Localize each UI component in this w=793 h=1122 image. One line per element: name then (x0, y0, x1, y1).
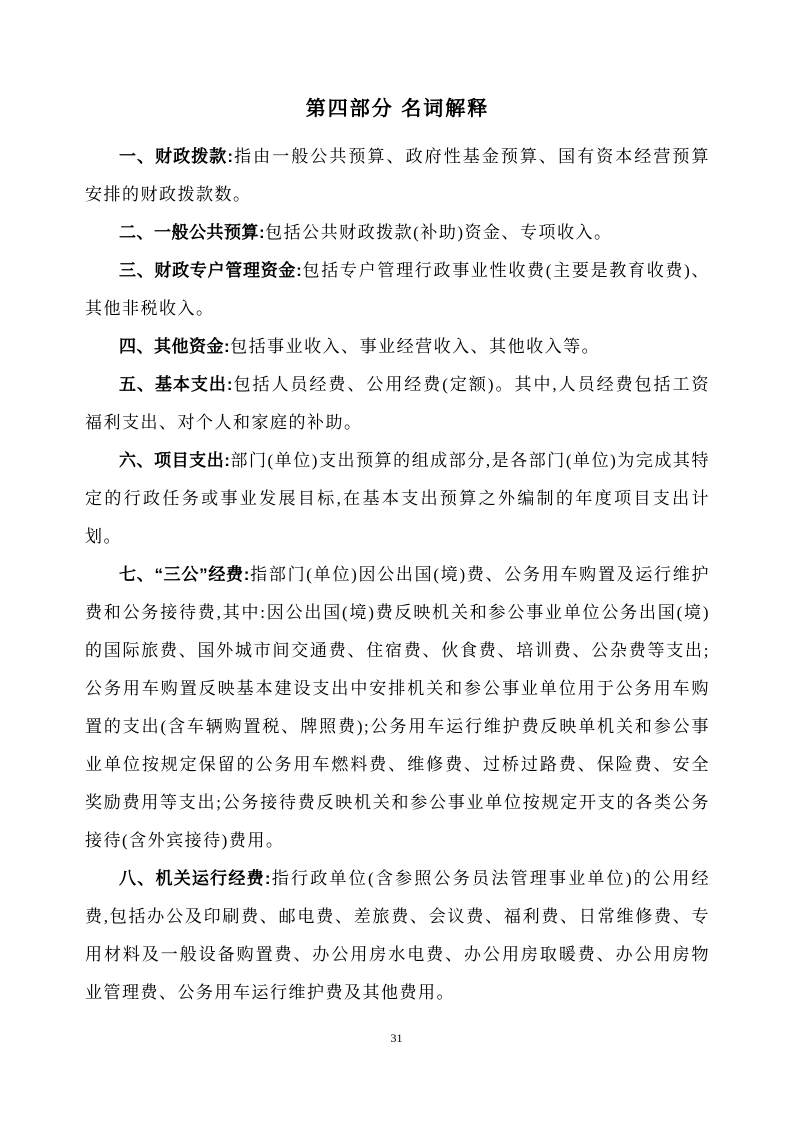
term-definition: 包括事业收入、事业经营收入、其他收入等。 (230, 337, 600, 356)
term-label: 四、其他资金: (119, 337, 230, 356)
document-page: 第四部分 名词解释 一、财政拨款:指由一般公共预算、政府性基金预算、国有资本经营… (0, 0, 793, 1122)
term-label: 六、项目支出: (119, 451, 230, 470)
term-paragraph-sangongjingfei: 七、“三公”经费:指部门(单位)因公出国(境)费、公务用车购置及运行维护费和公务… (85, 556, 710, 860)
term-paragraph-yibangonggongyusuan: 二、一般公共预算:包括公共财政拨款(补助)资金、专项收入。 (85, 214, 710, 252)
term-label: 五、基本支出: (119, 375, 233, 394)
term-label: 二、一般公共预算: (119, 223, 265, 242)
term-paragraph-xiangmuzhichu: 六、项目支出:部门(单位)支出预算的组成部分,是各部门(单位)为完成其特定的行政… (85, 442, 710, 556)
page-title: 第四部分 名词解释 (85, 96, 710, 122)
term-definition: 指部门(单位)因公出国(境)费、公务用车购置及运行维护费和公务接待费,其中:因公… (85, 565, 710, 850)
term-paragraph-caizhengbokuan: 一、财政拨款:指由一般公共预算、政府性基金预算、国有资本经营预算安排的财政拨款数… (85, 138, 710, 214)
term-paragraph-jibenzhichu: 五、基本支出:包括人员经费、公用经费(定额)。其中,人员经费包括工资福利支出、对… (85, 366, 710, 442)
term-paragraph-qitazijin: 四、其他资金:包括事业收入、事业经营收入、其他收入等。 (85, 328, 710, 366)
term-label: 一、财政拨款: (119, 147, 234, 166)
term-label: 三、财政专户管理资金: (119, 261, 302, 280)
term-paragraph-caizhengzhuanhu: 三、财政专户管理资金:包括专户管理行政事业性收费(主要是教育收费)、其他非税收入… (85, 252, 710, 328)
term-definition: 包括公共财政拨款(补助)资金、专项收入。 (265, 223, 612, 242)
term-definition: 指行政单位(含参照公务员法管理事业单位)的公用经费,包括办公及印刷费、邮电费、差… (85, 869, 710, 1002)
term-paragraph-jiguanyunxingjingfei: 八、机关运行经费:指行政单位(含参照公务员法管理事业单位)的公用经费,包括办公及… (85, 860, 710, 1012)
term-label: 八、机关运行经费: (119, 869, 271, 888)
document-body: 一、财政拨款:指由一般公共预算、政府性基金预算、国有资本经营预算安排的财政拨款数… (85, 138, 710, 1012)
page-number: 31 (0, 1031, 793, 1046)
term-label: 七、“三公”经费: (119, 565, 250, 584)
